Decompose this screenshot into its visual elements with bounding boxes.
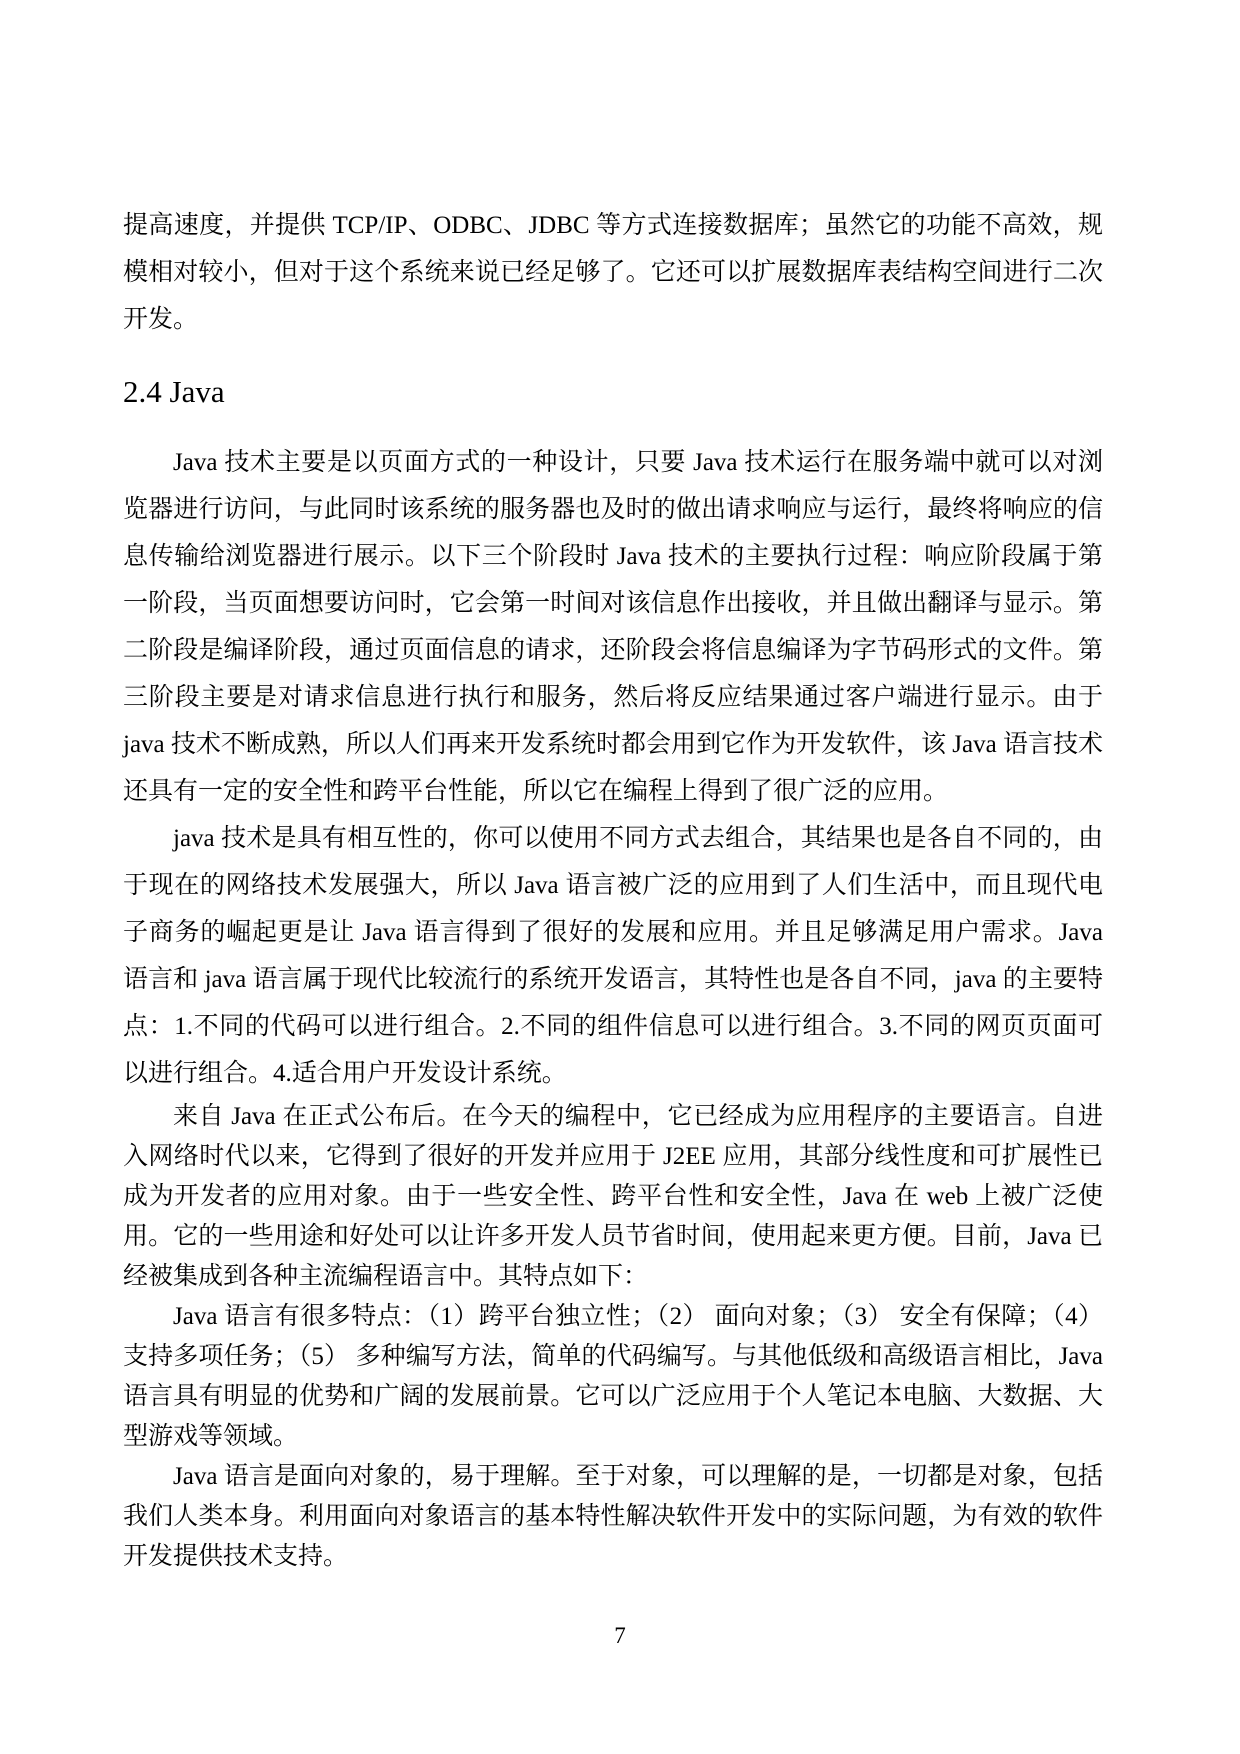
section-heading: 2.4 Java — [123, 371, 1103, 413]
document-page: 提高速度，并提供 TCP/IP、ODBC、JDBC 等方式连接数据库；虽然它的功… — [0, 0, 1240, 1754]
page-content: 提高速度，并提供 TCP/IP、ODBC、JDBC 等方式连接数据库；虽然它的功… — [123, 202, 1103, 1577]
paragraph-java-interoperability: java 技术是具有相互性的，你可以使用不同方式去组合，其结果也是各自不同的，由… — [123, 815, 1103, 1097]
paragraph-continuation: 提高速度，并提供 TCP/IP、ODBC、JDBC 等方式连接数据库；虽然它的功… — [123, 202, 1103, 343]
paragraph-java-features: Java 语言有很多特点：（1）跨平台独立性；（2） 面向对象；（3） 安全有保… — [123, 1297, 1103, 1457]
page-number: 7 — [0, 1622, 1240, 1650]
paragraph-java-release: 来自 Java 在正式公布后。在今天的编程中，它已经成为应用程序的主要语言。自进… — [123, 1097, 1103, 1297]
paragraph-java-object-oriented: Java 语言是面向对象的，易于理解。至于对象，可以理解的是，一切都是对象，包括… — [123, 1457, 1103, 1577]
paragraph-java-overview: Java 技术主要是以页面方式的一种设计，只要 Java 技术运行在服务端中就可… — [123, 439, 1103, 815]
